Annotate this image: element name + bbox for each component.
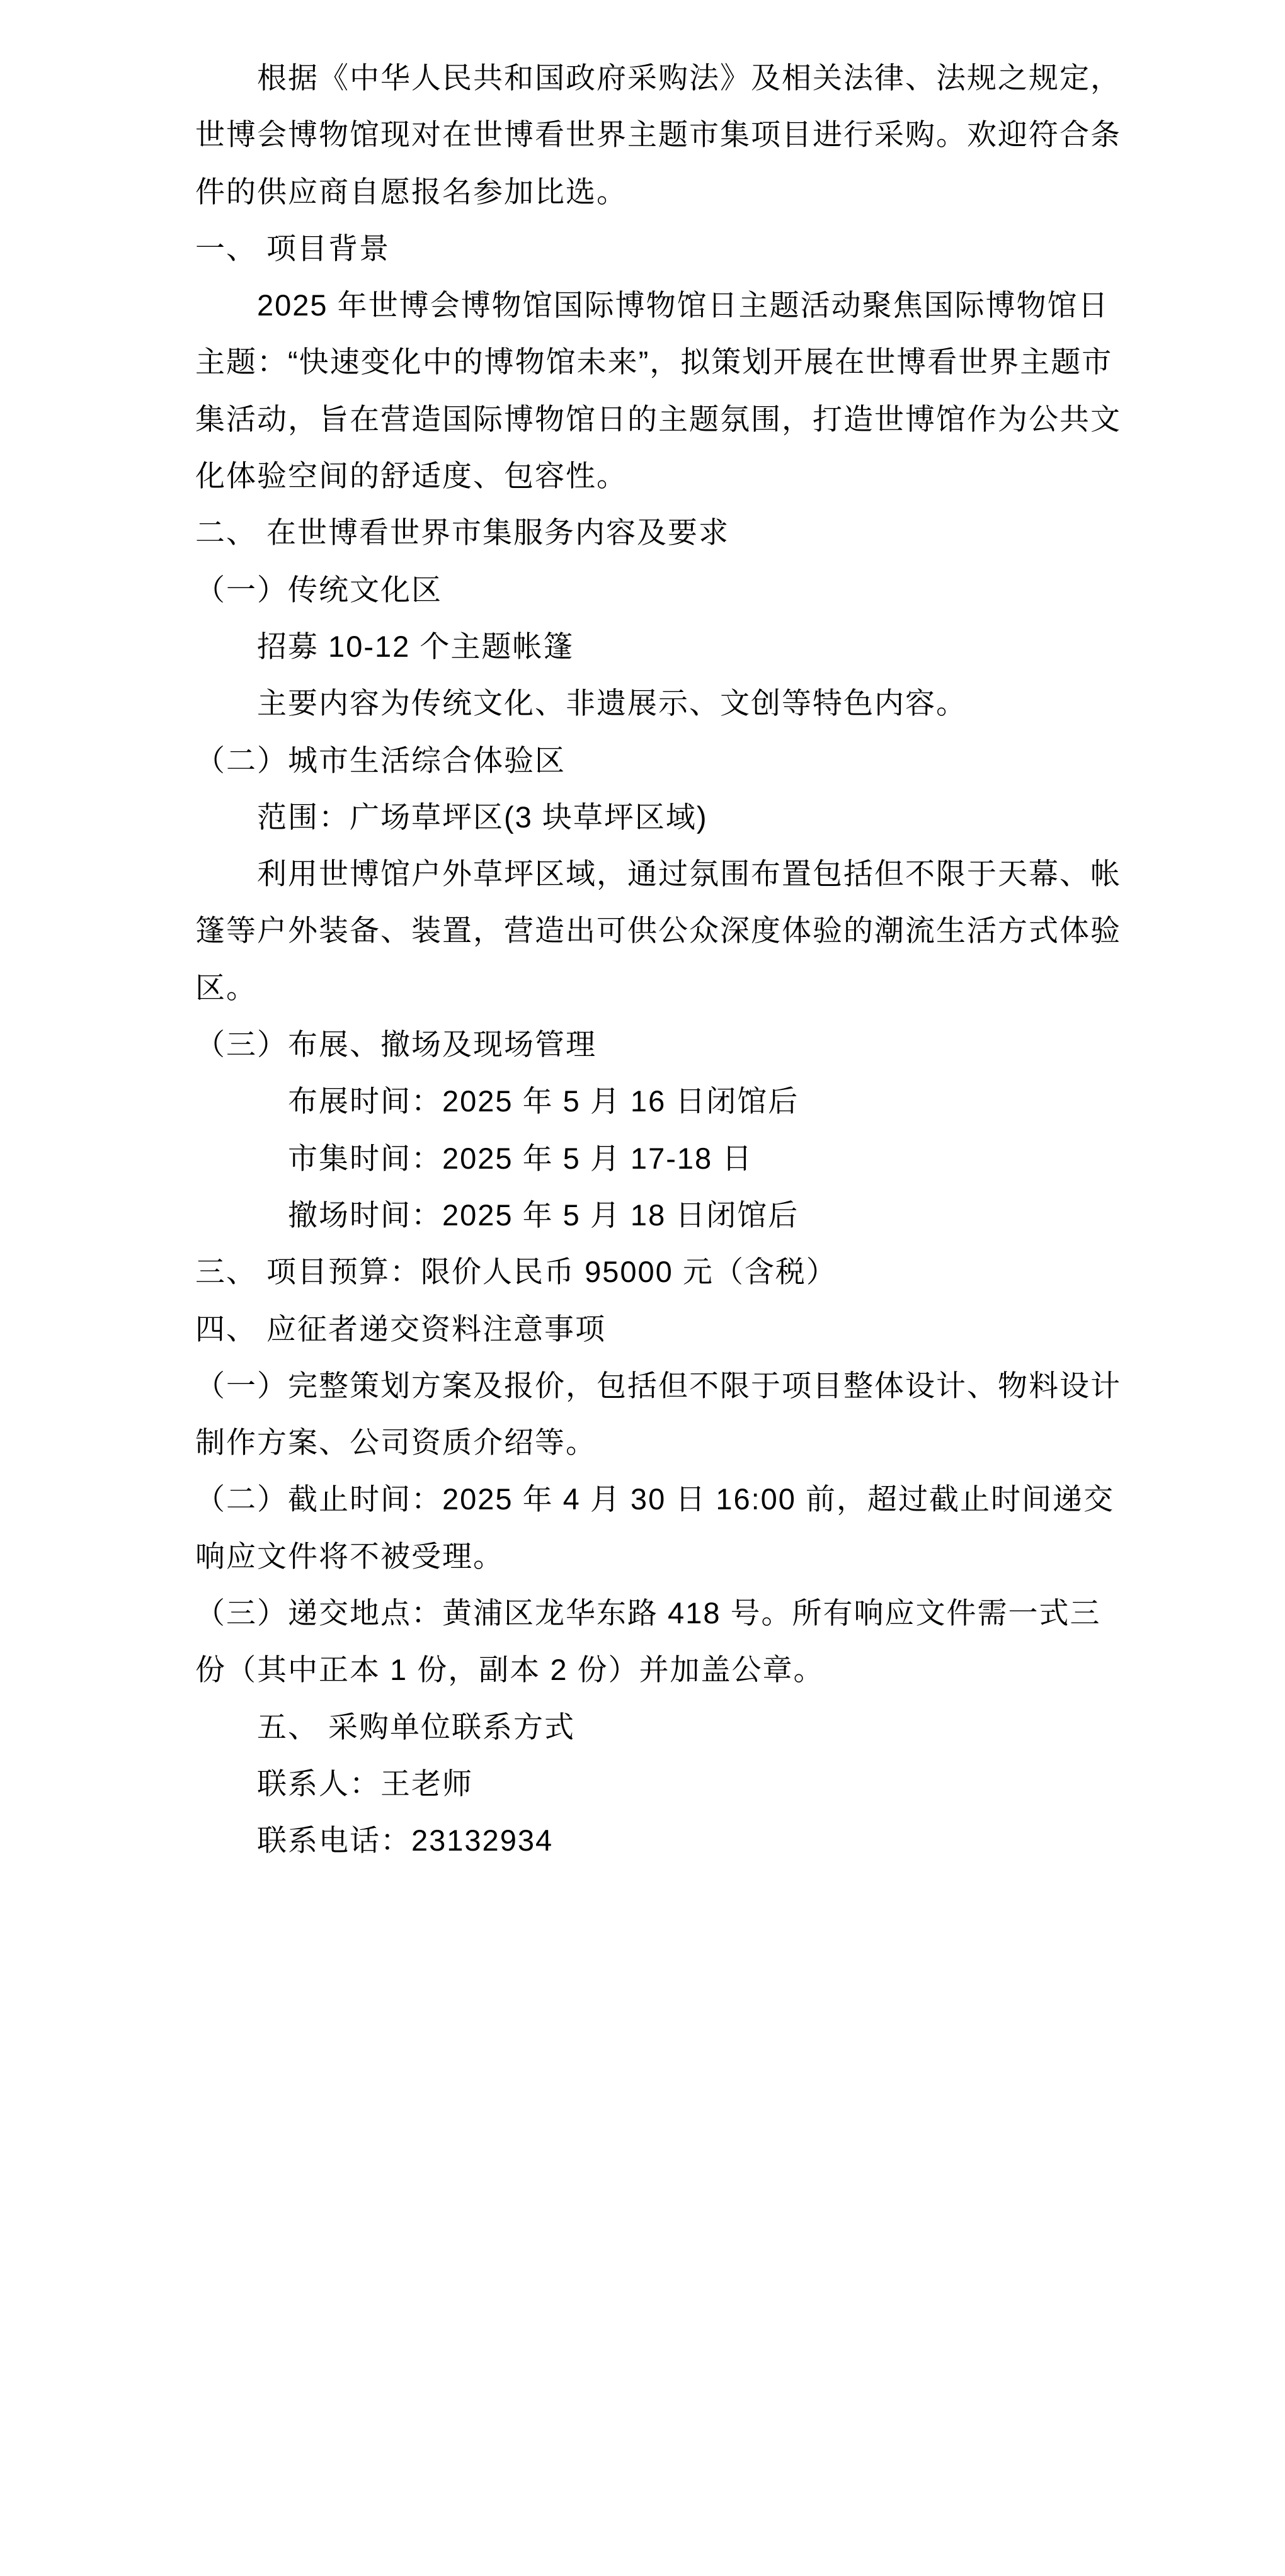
subsection-heading: （一）传统文化区 xyxy=(195,562,1124,618)
text-line: 利用世博馆户外草坪区域，通过氛围布置包括但不限于天幕、帐 xyxy=(195,846,1124,902)
section-heading-4: 四、 应征者递交资料注意事项 xyxy=(195,1301,1124,1358)
text-line: 主要内容为传统文化、非遗展示、文创等特色内容。 xyxy=(195,675,1124,732)
subsection-heading: （三）布展、撤场及现场管理 xyxy=(195,1016,1124,1073)
text-line: （一）完整策划方案及报价，包括但不限于项目整体设计、物料设计 xyxy=(195,1358,1124,1414)
text-line: 根据《中华人民共和国政府采购法》及相关法律、法规之规定， xyxy=(195,50,1124,106)
document-page: 根据《中华人民共和国政府采购法》及相关法律、法规之规定， 世博会博物馆现对在世博… xyxy=(0,0,1285,2576)
text-line: 篷等户外装备、装置，营造出可供公众深度体验的潮流生活方式体验 xyxy=(195,902,1124,959)
section-heading-1: 一、 项目背景 xyxy=(195,220,1124,277)
document-text-block: 根据《中华人民共和国政府采购法》及相关法律、法规之规定， 世博会博物馆现对在世博… xyxy=(195,50,1124,1870)
text-line: 件的供应商自愿报名参加比选。 xyxy=(195,164,1124,220)
section-heading-5: 五、 采购单位联系方式 xyxy=(195,1699,1124,1756)
text-line: 撤场时间：2025 年 5 月 18 日闭馆后 xyxy=(195,1187,1124,1244)
contact-person-line: 联系人：王老师 xyxy=(195,1756,1124,1812)
text-line: 集活动，旨在营造国际博物馆日的主题氛围，打造世博馆作为公共文 xyxy=(195,391,1124,448)
contact-phone-line: 联系电话：23132934 xyxy=(195,1812,1124,1869)
subsection-heading: （二）城市生活综合体验区 xyxy=(195,732,1124,789)
text-line: 化体验空间的舒适度、包容性。 xyxy=(195,448,1124,504)
text-line: 制作方案、公司资质介绍等。 xyxy=(195,1414,1124,1471)
text-line: 范围：广场草坪区(3 块草坪区域) xyxy=(195,789,1124,846)
text-line: 份（其中正本 1 份，副本 2 份）并加盖公章。 xyxy=(195,1642,1124,1698)
text-line: 市集时间：2025 年 5 月 17-18 日 xyxy=(195,1130,1124,1187)
text-line: （二）截止时间：2025 年 4 月 30 日 16:00 前，超过截止时间递交 xyxy=(195,1471,1124,1528)
text-line: （三）递交地点：黄浦区龙华东路 418 号。所有响应文件需一式三 xyxy=(195,1585,1124,1642)
text-line: 区。 xyxy=(195,960,1124,1016)
text-line: 2025 年世博会博物馆国际博物馆日主题活动聚焦国际博物馆日 xyxy=(195,277,1124,334)
text-line: 主题：“快速变化中的博物馆未来”，拟策划开展在世博看世界主题市 xyxy=(195,334,1124,390)
text-line: 布展时间：2025 年 5 月 16 日闭馆后 xyxy=(195,1073,1124,1130)
text-line: 响应文件将不被受理。 xyxy=(195,1528,1124,1585)
section-heading-3: 三、 项目预算：限价人民币 95000 元（含税） xyxy=(195,1244,1124,1300)
text-line: 世博会博物馆现对在世博看世界主题市集项目进行采购。欢迎符合条 xyxy=(195,106,1124,163)
section-heading-2: 二、 在世博看世界市集服务内容及要求 xyxy=(195,504,1124,561)
text-line: 招募 10-12 个主题帐篷 xyxy=(195,618,1124,675)
